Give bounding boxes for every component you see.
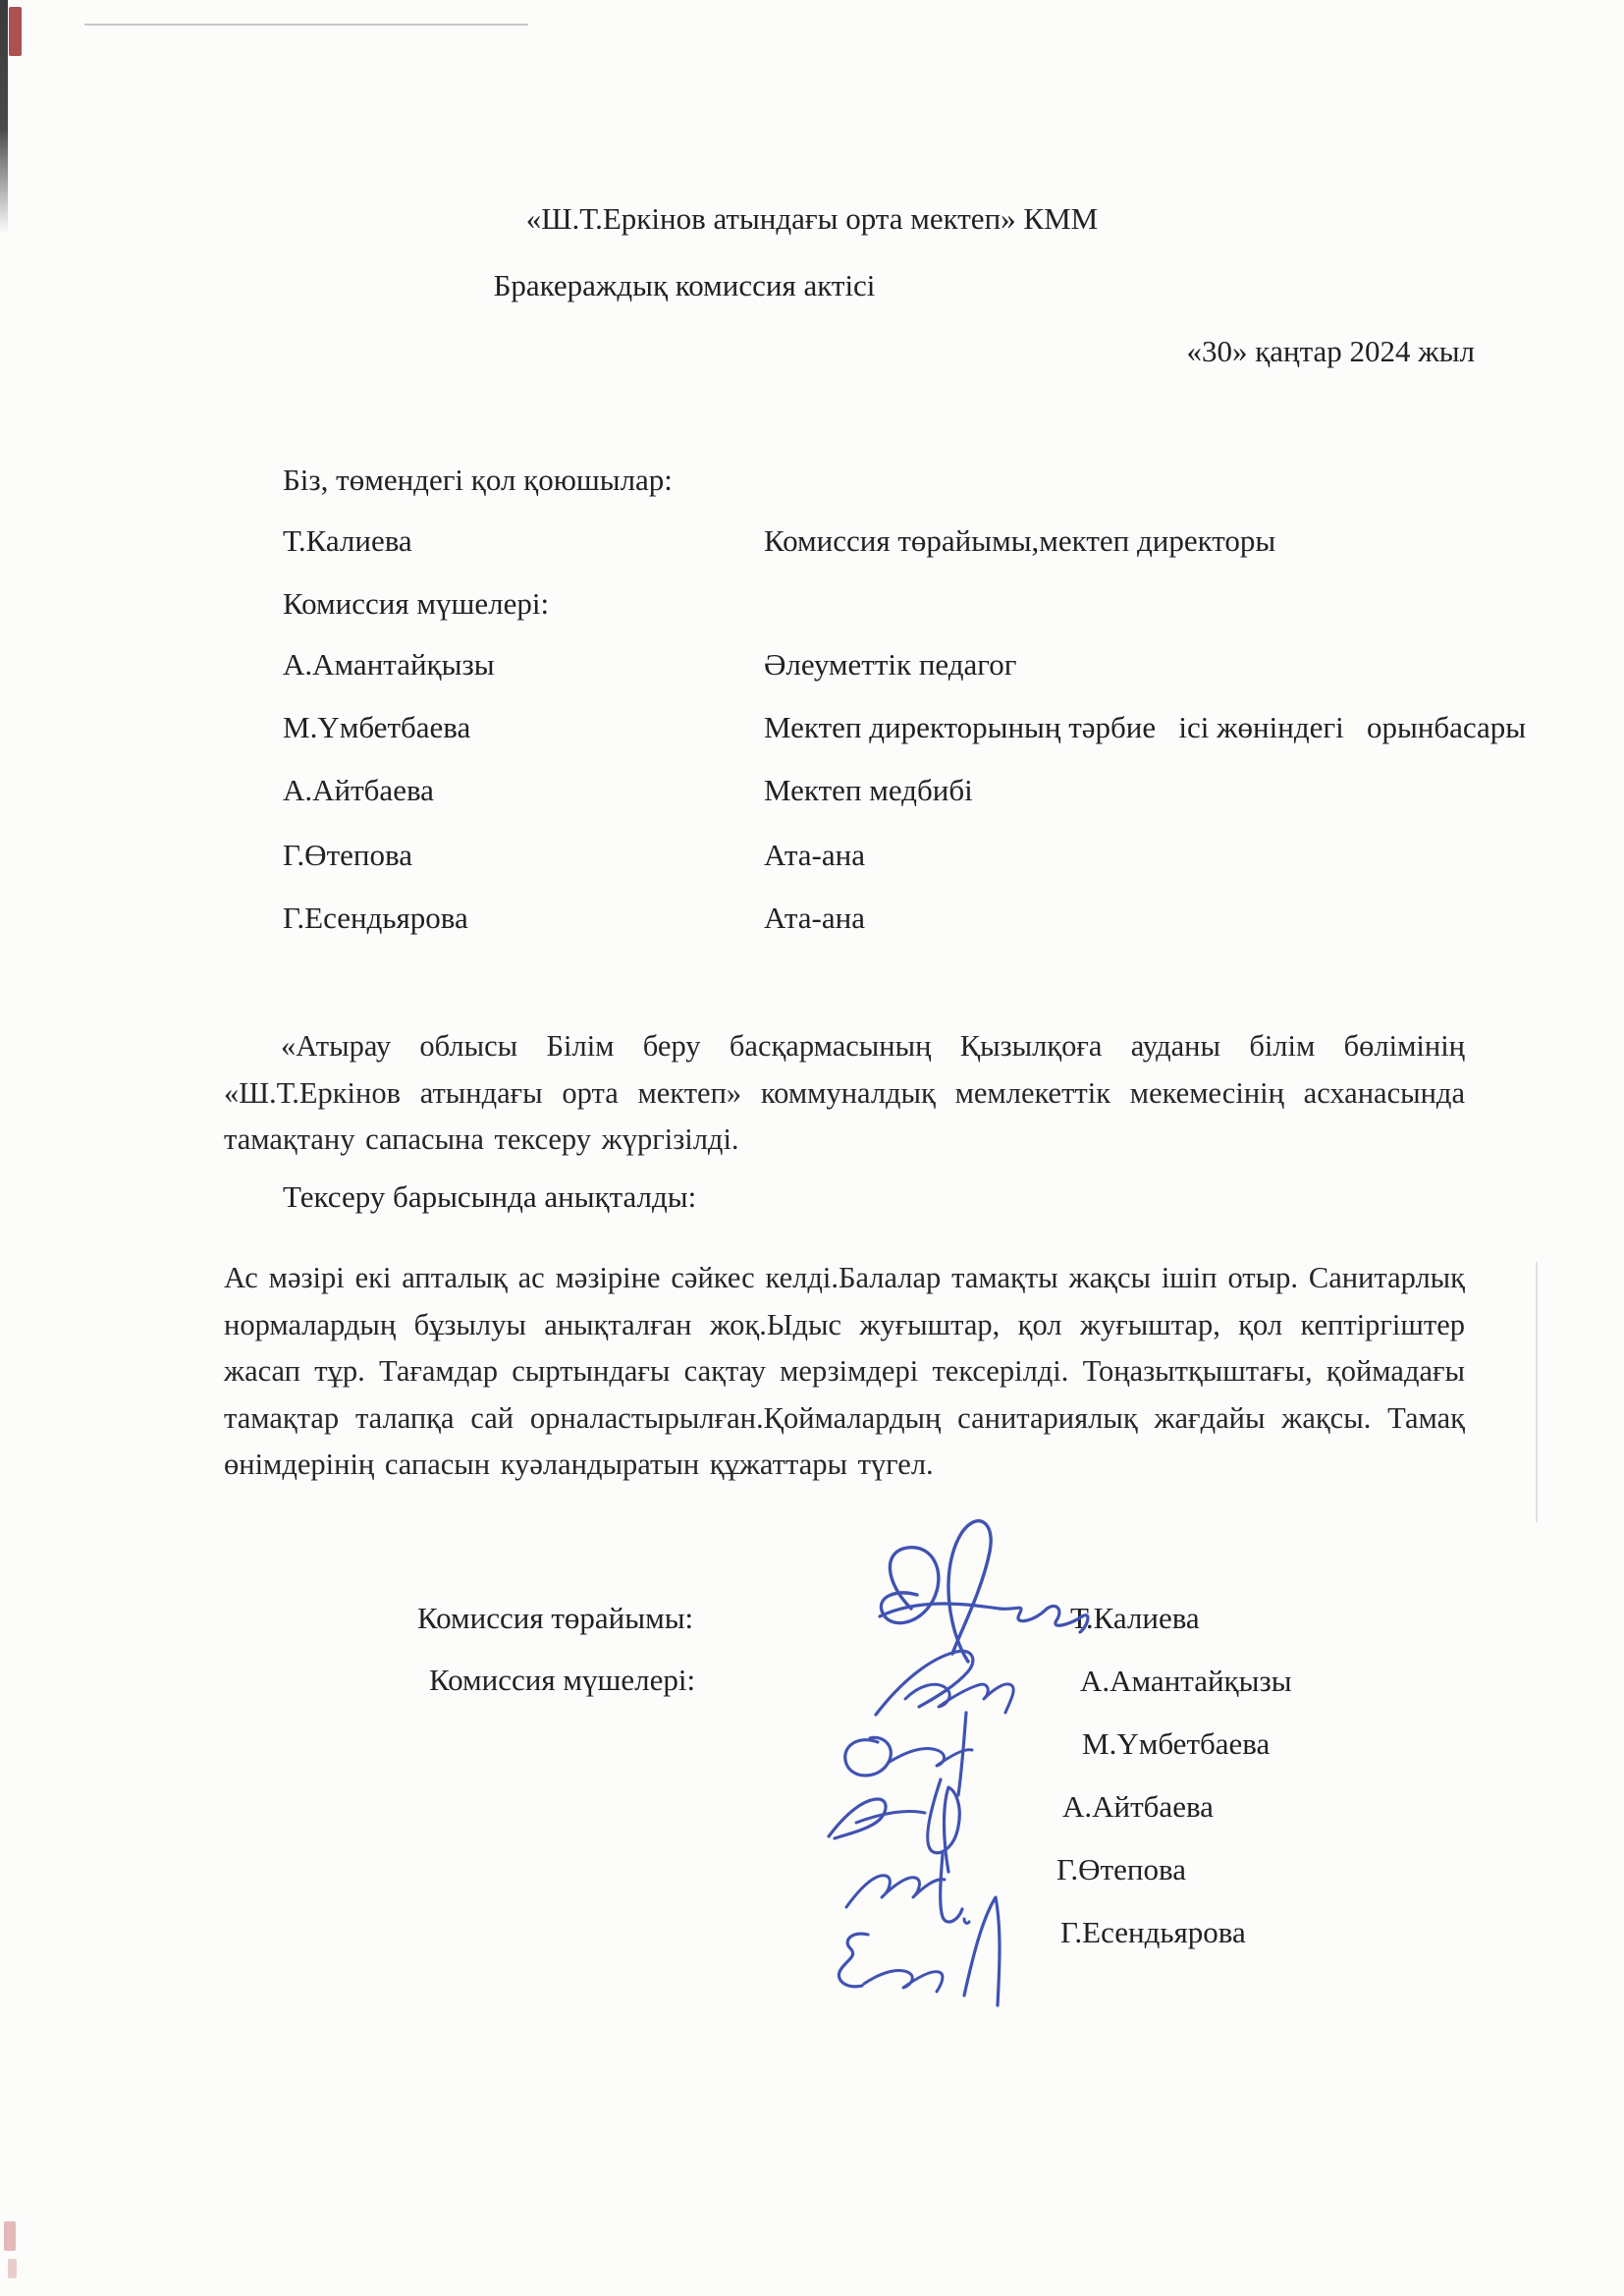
member-role: Мектеп директорының тәрбие ісі жөніндегі… — [764, 709, 1526, 745]
member-role: Ата-ана — [764, 900, 865, 936]
signature-name-member: А.Айтбаева — [1062, 1789, 1214, 1825]
scan-artifact-line-right — [1536, 1262, 1538, 1522]
scanned-document-page: «Ш.Т.Еркінов атындағы орта мектеп» КММ Б… — [0, 0, 1624, 2296]
scan-artifact-line-top — [84, 24, 528, 26]
document-date: «30» қаңтар 2024 жыл — [1186, 333, 1475, 369]
chair-role: Комиссия төрайымы,мектеп директоры — [764, 522, 1275, 559]
red-pen-mark-top-left — [9, 7, 22, 56]
red-mark-bottom-left-1 — [4, 2221, 16, 2251]
signature-name-member: М.Үмбетбаева — [1082, 1726, 1270, 1762]
document-title: «Ш.Т.Еркінов атындағы орта мектеп» КММ — [0, 200, 1624, 237]
signature-members-label: Комиссия мүшелері: — [429, 1663, 695, 1698]
red-mark-bottom-left-2 — [8, 2259, 17, 2278]
signatories-intro: Біз, төмендегі қол қоюшылар: — [283, 462, 673, 498]
member-role: Мектеп медбибі — [764, 772, 973, 808]
signature-name-member: Г.Есендьярова — [1060, 1915, 1246, 1950]
signature-chair-label: Комиссия төрайымы: — [417, 1601, 693, 1636]
member-role: Әлеуметтік педагог — [764, 646, 1016, 683]
intro-paragraph: «Атырау облысы Білім беру басқармасының … — [224, 1023, 1465, 1164]
member-name: Г.Өтепова — [283, 837, 412, 873]
document-subtitle: Бракераждық комиссия актісі — [0, 267, 1496, 303]
member-name: Г.Есендьярова — [283, 900, 468, 936]
member-name: М.Үмбетбаева — [283, 709, 470, 745]
chair-name: Т.Калиева — [283, 522, 412, 559]
member-role: Ата-ана — [764, 837, 865, 873]
member-name: А.Айтбаева — [283, 772, 434, 808]
members-heading: Комиссия мүшелері: — [283, 585, 549, 622]
findings-heading: Тексеру барысында анықталды: — [283, 1178, 696, 1215]
signature-name-member: Г.Өтепова — [1056, 1852, 1186, 1887]
handwritten-signature-member — [827, 1889, 1072, 2017]
member-name: А.Амантайқызы — [283, 646, 495, 683]
findings-paragraph: Ас мәзірі екі апталық ас мәзіріне сәйкес… — [224, 1255, 1465, 1489]
scan-edge-strip — [0, 0, 8, 234]
